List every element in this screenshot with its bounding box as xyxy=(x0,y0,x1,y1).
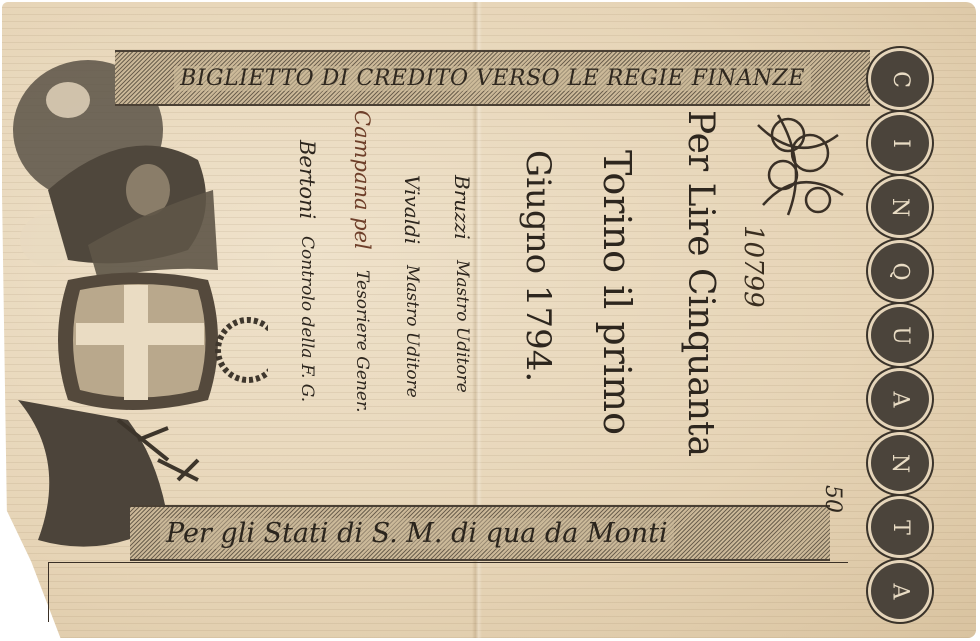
signature-title: Mastro Uditore xyxy=(452,260,472,393)
medallion-letter: A xyxy=(868,560,932,622)
medallion-letter: T xyxy=(868,496,932,558)
medallion-letter: C xyxy=(868,48,932,110)
signature-line: Campana pel Tesoriere Gener. xyxy=(350,110,374,413)
signature-title: Mastro Uditore xyxy=(402,265,422,398)
medallion-letter: I xyxy=(868,112,932,174)
medallion-letter: A xyxy=(868,368,932,430)
border-line xyxy=(48,562,848,563)
signature-name: Bruzzi xyxy=(450,175,474,240)
signature-line: Bruzzi Mastro Uditore xyxy=(450,175,474,393)
denomination-text: Per Lire Cinquanta xyxy=(680,110,721,457)
bottom-banner-text: Per gli Stati di S. M. di qua da Monti xyxy=(160,518,674,549)
date-text: Giugno 1794. xyxy=(518,150,558,382)
savoy-coat-of-arms-icon xyxy=(8,40,268,560)
medallion-letter: N xyxy=(868,432,932,494)
signature-name: Vivaldi xyxy=(400,175,424,244)
place-text: Torino il primo xyxy=(595,150,639,435)
medallion-letter: U xyxy=(868,304,932,366)
signature-line: Bertoni Controlo della F. G. xyxy=(295,140,319,402)
monogram-flourish-icon xyxy=(748,105,848,225)
denomination-medallions: C I N Q U A N T A xyxy=(868,48,932,622)
bottom-banner: Per gli Stati di S. M. di qua da Monti xyxy=(130,505,830,561)
signature-line: Vivaldi Mastro Uditore xyxy=(400,175,424,397)
top-banner-text: BIGLIETTO DI CREDITO VERSO LE REGIE FINA… xyxy=(174,66,811,91)
signature-title: Tesoriere Gener. xyxy=(352,270,372,413)
serial-number: 10799 xyxy=(738,225,768,308)
medallion-letter: N xyxy=(868,176,932,238)
signature-name: Campana pel xyxy=(350,110,374,250)
signature-name: Bertoni xyxy=(295,140,319,219)
border-line xyxy=(48,562,49,622)
top-banner: BIGLIETTO DI CREDITO VERSO LE REGIE FINA… xyxy=(115,50,870,106)
signature-title: Controlo della F. G. xyxy=(297,236,317,402)
denomination-numeral: 50 xyxy=(820,485,845,513)
medallion-letter: Q xyxy=(868,240,932,302)
